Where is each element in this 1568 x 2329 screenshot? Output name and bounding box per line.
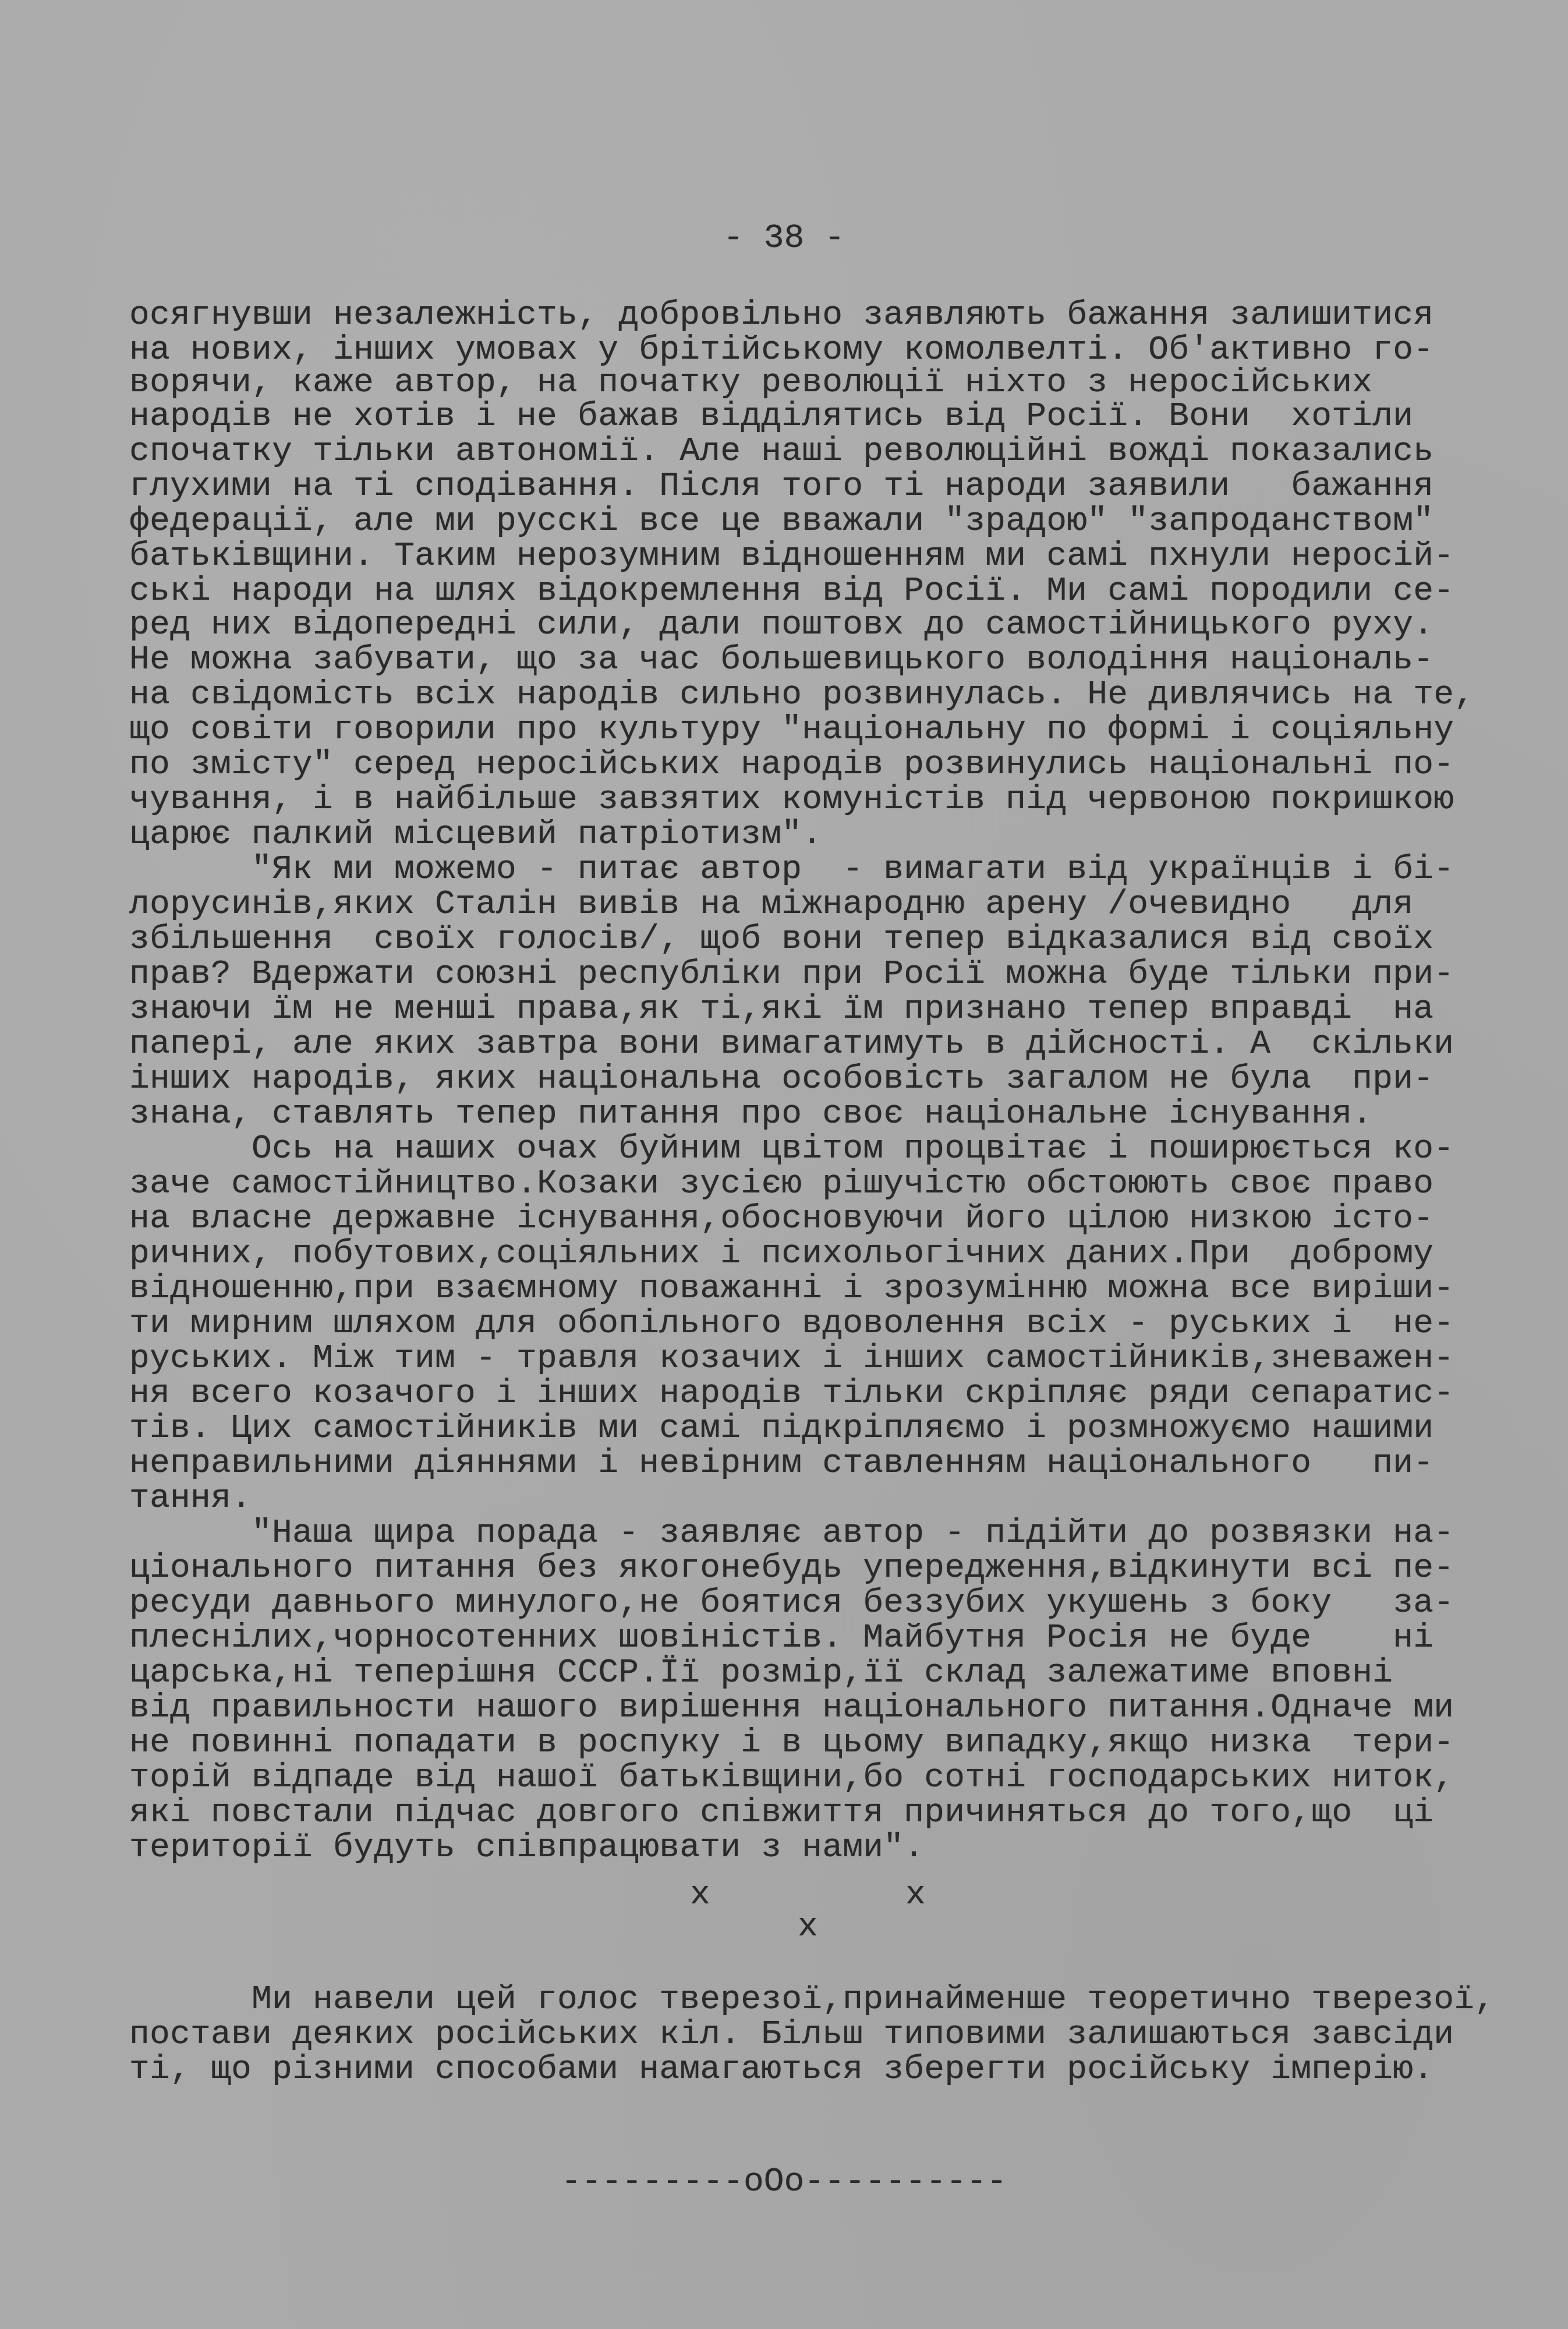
separator-mark: x	[798, 1910, 818, 1945]
body-line: чування, і в найбільше завзятих комуніст…	[129, 783, 1454, 817]
closing-line: ті, що різними способами намагаються збе…	[129, 2052, 1434, 2087]
body-line: на свідомість всіх народів сильно розвин…	[129, 678, 1474, 713]
body-line: царює палкий місцевий патріотизм".	[129, 817, 822, 852]
scanned-typewritten-page: - 38 - осягнувши незалежність, добровіль…	[0, 0, 1568, 2329]
body-line: народів не хотів і не бажав відділятись …	[129, 399, 1413, 434]
body-line: території будуть співпрацювати з нами".	[129, 1831, 924, 1866]
body-line: ціонального питання без якогонебудь упер…	[129, 1551, 1454, 1586]
body-line: ред них відопередні сили, дали поштовх д…	[129, 608, 1434, 643]
body-line: тання.	[129, 1481, 252, 1516]
body-line: ти мирним шляхом для обопільного вдоволе…	[129, 1307, 1454, 1342]
body-line: ворячи, каже автор, на початку революції…	[129, 366, 1372, 401]
body-line: царська,ні теперішня СССР.Її розмір,її с…	[129, 1656, 1393, 1691]
body-line: ські народи на шлях відокремлення від Ро…	[129, 574, 1454, 609]
page-number: - 38 -	[0, 221, 1568, 256]
body-line: глухими на ті сподівання. Після того ті …	[129, 469, 1434, 504]
body-line: папері, але яких завтра вони вимагатимут…	[129, 1027, 1454, 1062]
body-line: не повинні попадати в роспуку і в цьому …	[129, 1726, 1454, 1761]
body-line: "Як ми можемо - питає автор - вимагати в…	[129, 852, 1454, 887]
body-line: руських. Між тим - травля козачих і інши…	[129, 1342, 1454, 1376]
closing-line: Ми навели цей голос тверезої,принайменше…	[129, 1983, 1495, 2017]
body-line: спочатку тільки автономії. Але наші рево…	[129, 434, 1434, 469]
body-line: "Наша щира порада - заявляє автор - піді…	[129, 1516, 1454, 1551]
body-line: неправильними діяннями і невірним ставле…	[129, 1446, 1434, 1481]
body-line: на власне державне існування,обосновуючи…	[129, 1202, 1434, 1237]
body-line: які повстали підчас довгого співжиття пр…	[129, 1796, 1434, 1831]
body-line: знаючи їм не менші права,як ті,які їм пр…	[129, 992, 1434, 1027]
separator-mark: x	[690, 1878, 710, 1913]
body-line: прав? Вдержати союзні республіки при Рос…	[129, 957, 1454, 992]
body-line: торій відпаде від нашої батьківщини,бо с…	[129, 1761, 1454, 1796]
body-line: ня всего козачого і інших народів тільки…	[129, 1376, 1454, 1411]
end-of-section-mark: ---------oOo----------	[0, 2165, 1568, 2200]
body-line: батьківщини. Таким нерозумним відношення…	[129, 539, 1454, 574]
body-line: Не можна забувати, що за час большевицьк…	[129, 643, 1434, 678]
body-line: лорусинів,яких Сталін вивів на міжнародн…	[129, 887, 1413, 922]
body-line: збільшення своїх голосів/, щоб вони тепе…	[129, 922, 1434, 957]
body-line: від правильности нашого вирішення націон…	[129, 1691, 1454, 1726]
body-line: ричних, побутових,соціяльних і психольог…	[129, 1237, 1434, 1272]
separator-mark: x	[905, 1878, 926, 1913]
body-line: осягнувши незалежність, добровільно заяв…	[129, 298, 1434, 333]
body-line: Ось на наших очах буйним цвітом процвіта…	[129, 1132, 1454, 1167]
body-line: ресуди давнього минулого,не боятися безз…	[129, 1586, 1454, 1621]
body-line: інших народів, яких національна особовіс…	[129, 1062, 1434, 1097]
closing-line: постави деяких російських кіл. Більш тип…	[129, 2017, 1454, 2052]
body-line: по змісту" серед неросійських народів ро…	[129, 748, 1454, 783]
body-line: федерації, але ми русскі все це вважали …	[129, 504, 1434, 539]
body-line: знана, ставлять тепер питання про своє н…	[129, 1097, 1372, 1132]
body-line: відношенню,при взаємному поважанні і зро…	[129, 1272, 1454, 1307]
body-line: тів. Цих самостійників ми самі підкріпля…	[129, 1411, 1434, 1446]
body-line: плеснілих,чорносотенних шовіністів. Майб…	[129, 1621, 1434, 1656]
body-line: що совіти говорили про культуру "націона…	[129, 713, 1454, 748]
body-line: на нових, інших умовах у брітійському ко…	[129, 333, 1434, 368]
body-line: заче самостійництво.Козаки зусією рішучі…	[129, 1167, 1434, 1202]
